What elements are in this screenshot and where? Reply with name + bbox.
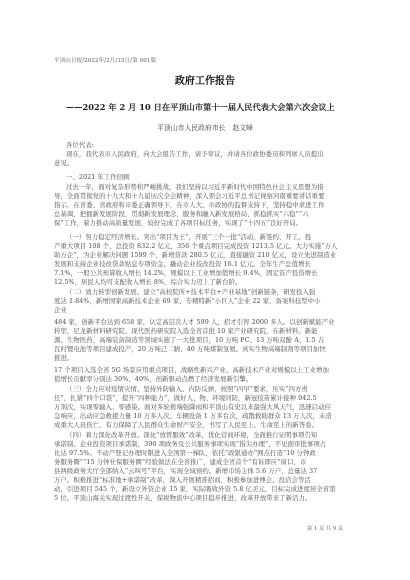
body-text-line: 产重大项目 108 个，总投资 832.2 亿元，356 个重点项目完成投资 1… (54, 242, 337, 250)
body-text-line: 5 位。平顶山海关实现过渡性开关，保税物流中心项目稳步推进，改革开放带来了新活力… (54, 494, 311, 502)
body-text-line: 7.1%，一般公共预算收入增长 14.2%，规模以上工业增加值增长 9.4%，固… (54, 269, 318, 277)
body-text-line: 导，全面贯彻党的十九大和十九届历次全会精神，深入领会习近平总书记视察河南重要讲话… (54, 192, 325, 200)
document-title: 政府工作报告 (0, 76, 410, 88)
body-text-line: 总基调，把握新发展阶段，贯彻新发展理念，服务和融入新发展格局，抓稳抓实“六稳”“… (54, 210, 309, 218)
body-text-line: （二）致力转型创新发展。建立“高校院所+技术平台+产业基地”创新链条，研发投入强 (66, 288, 315, 296)
body-text-line: 意见。 (54, 159, 73, 167)
body-text-line: 12.5%，居民人均可支配收入增长 8%，综合实力迈上了新台阶。 (54, 278, 241, 286)
document-subtitle: ——2022 年 2 月 10 日在平顶山市第十一届人民代表大会第六次会议上 (66, 102, 335, 112)
body-text-line: 万户。积极推进“标准地+承诺制”改革，深入开展精准招商，积极参加进博会、投洽会等… (54, 476, 311, 484)
body-text-line: 保”工作，着力推动高质量发展，较好完成了各项目标任务，实现了“十四五”良好开局。 (54, 219, 302, 227)
body-text-line: （一）努力稳定经济增长。突出“项目为王”，开展“三个一批”活动，新签约、开工、投 (66, 233, 311, 241)
body-text-line: 现在，我代表市人民政府，向大会报告工作，请予审议，并请各位政协委员和列席人员提出 (66, 150, 324, 158)
body-text-line: 比达 97.5%。不动产登记办理时限进入全国第一梯队，依托“政银通办”网点打造“… (54, 449, 316, 457)
body-text-line: 度达 1.84%，新增国家高新技术企业 69 家、专精特新“小巨人”企业 22 … (54, 297, 321, 305)
body-text-line: 发展和支持企业技改贷款贴息专项资金，撬动企业技改投资 16.1 亿元。全年生产总… (54, 260, 311, 268)
body-text-line: 万剂次，实现零输入、零感染。面对多轮极端强降雨和平顶山有史以来最强大风天气，迅速… (54, 403, 331, 411)
body-text-line: 动，引进项目 545 个，新设立外资企业 15 家，实际吸收外资 5.8 亿美元… (54, 485, 336, 493)
newspaper-header: 平顶山日报/2022年/2月/15日/第 001版 (54, 57, 156, 65)
document-page: 平顶山日报/2022年/2月/15日/第 001版 政府工作报告 ——2022 … (0, 0, 410, 580)
body-text-line: 转型，尼龙新材料研究院、现代医药研究院入选全省首批 10 家产业研究院，在新材料… (54, 327, 318, 335)
body-text-line: 务服务圈”“15 分钟社保服务圈”经验做法在全省推广，建成全省首个“有诉即应”窗… (54, 458, 306, 466)
body-text-line: 成重大人员伤亡，有力保障了人民群众生命财产安全，书写了人民至上、生命至上的新答卷… (54, 421, 318, 429)
body-text-line: 过去一年，面对复杂形势和严峻挑战，我们坚持以习近平新时代中国特色社会主义思想为指 (66, 183, 324, 191)
body-text-line: 源、生物医药、高端装备制造等领域实施了一大批项目，10 万吨 PC、13 万吨双… (54, 336, 324, 344)
body-text-line: 承诺制、企业投资项目承诺制，390 项政务及公共服务事项实现“指尖办理”，不见面… (54, 440, 326, 448)
body-text-line: 17 个项目入选全省 5G 场景应用重点项目，战略性新兴产业、高新技术产业对规模… (54, 366, 329, 374)
page-number: 第 1 页 共 9 页 (307, 525, 343, 533)
body-text-line: 县两级政务大厅全部纳入“云叫号”平台，实现全域预约。新增市场主体 5.6 万户，… (54, 467, 317, 475)
body-text-line: 一、2021 年工作回顾 (66, 173, 130, 181)
body-text-line: 指示，在省委、省政府和市委正确领导下，在市人大、市政协的监督支持下，坚持稳中求进… (54, 201, 325, 209)
body-text-line: 助万企”，为企业解决问题 1599 个，新增贷款 280.5 亿元，直接融资 2… (54, 251, 336, 259)
body-text-line: 各位代表: (66, 141, 94, 149)
body-text-line: 值增长贡献率分别达 30%、40%，创新驱动点燃了经济发展新引擎。 (54, 375, 252, 383)
body-text-line: 急响应，出动应急救援力量 10 万多人次、车辆设备 1 万多台次，疏散救助群众 … (54, 412, 332, 420)
document-author: 平顶山市人民政府市长 赵文峰 (0, 124, 410, 132)
body-text-line: （四）着力深化改革开放。深化“放管服效”改革，优化营商环境，全面推行证明事项告知 (66, 431, 317, 439)
body-text-line: 推进。 (54, 354, 73, 362)
body-text-line: 484 家，创新平台达到 658 家，认定高层次人才 599 人，招才引智 20… (54, 318, 335, 326)
body-text-line: 企业 (54, 306, 67, 314)
body-text-line: （三）全力应对疫情灾情。坚持外防输入、内防反弹，按照“四早”要求，压实“四方责 (66, 385, 308, 393)
body-text-line: 任”，扎紧“四个口袋”，提升“四种能力”，做好人、物、环境同防，新冠疫苗累计接种… (54, 394, 317, 402)
body-text-line: 瓦时锂电池等项目建成投产，20 万吨己二腈、40 万吨煤制氢氨、真实生物高端制剂… (54, 345, 326, 353)
